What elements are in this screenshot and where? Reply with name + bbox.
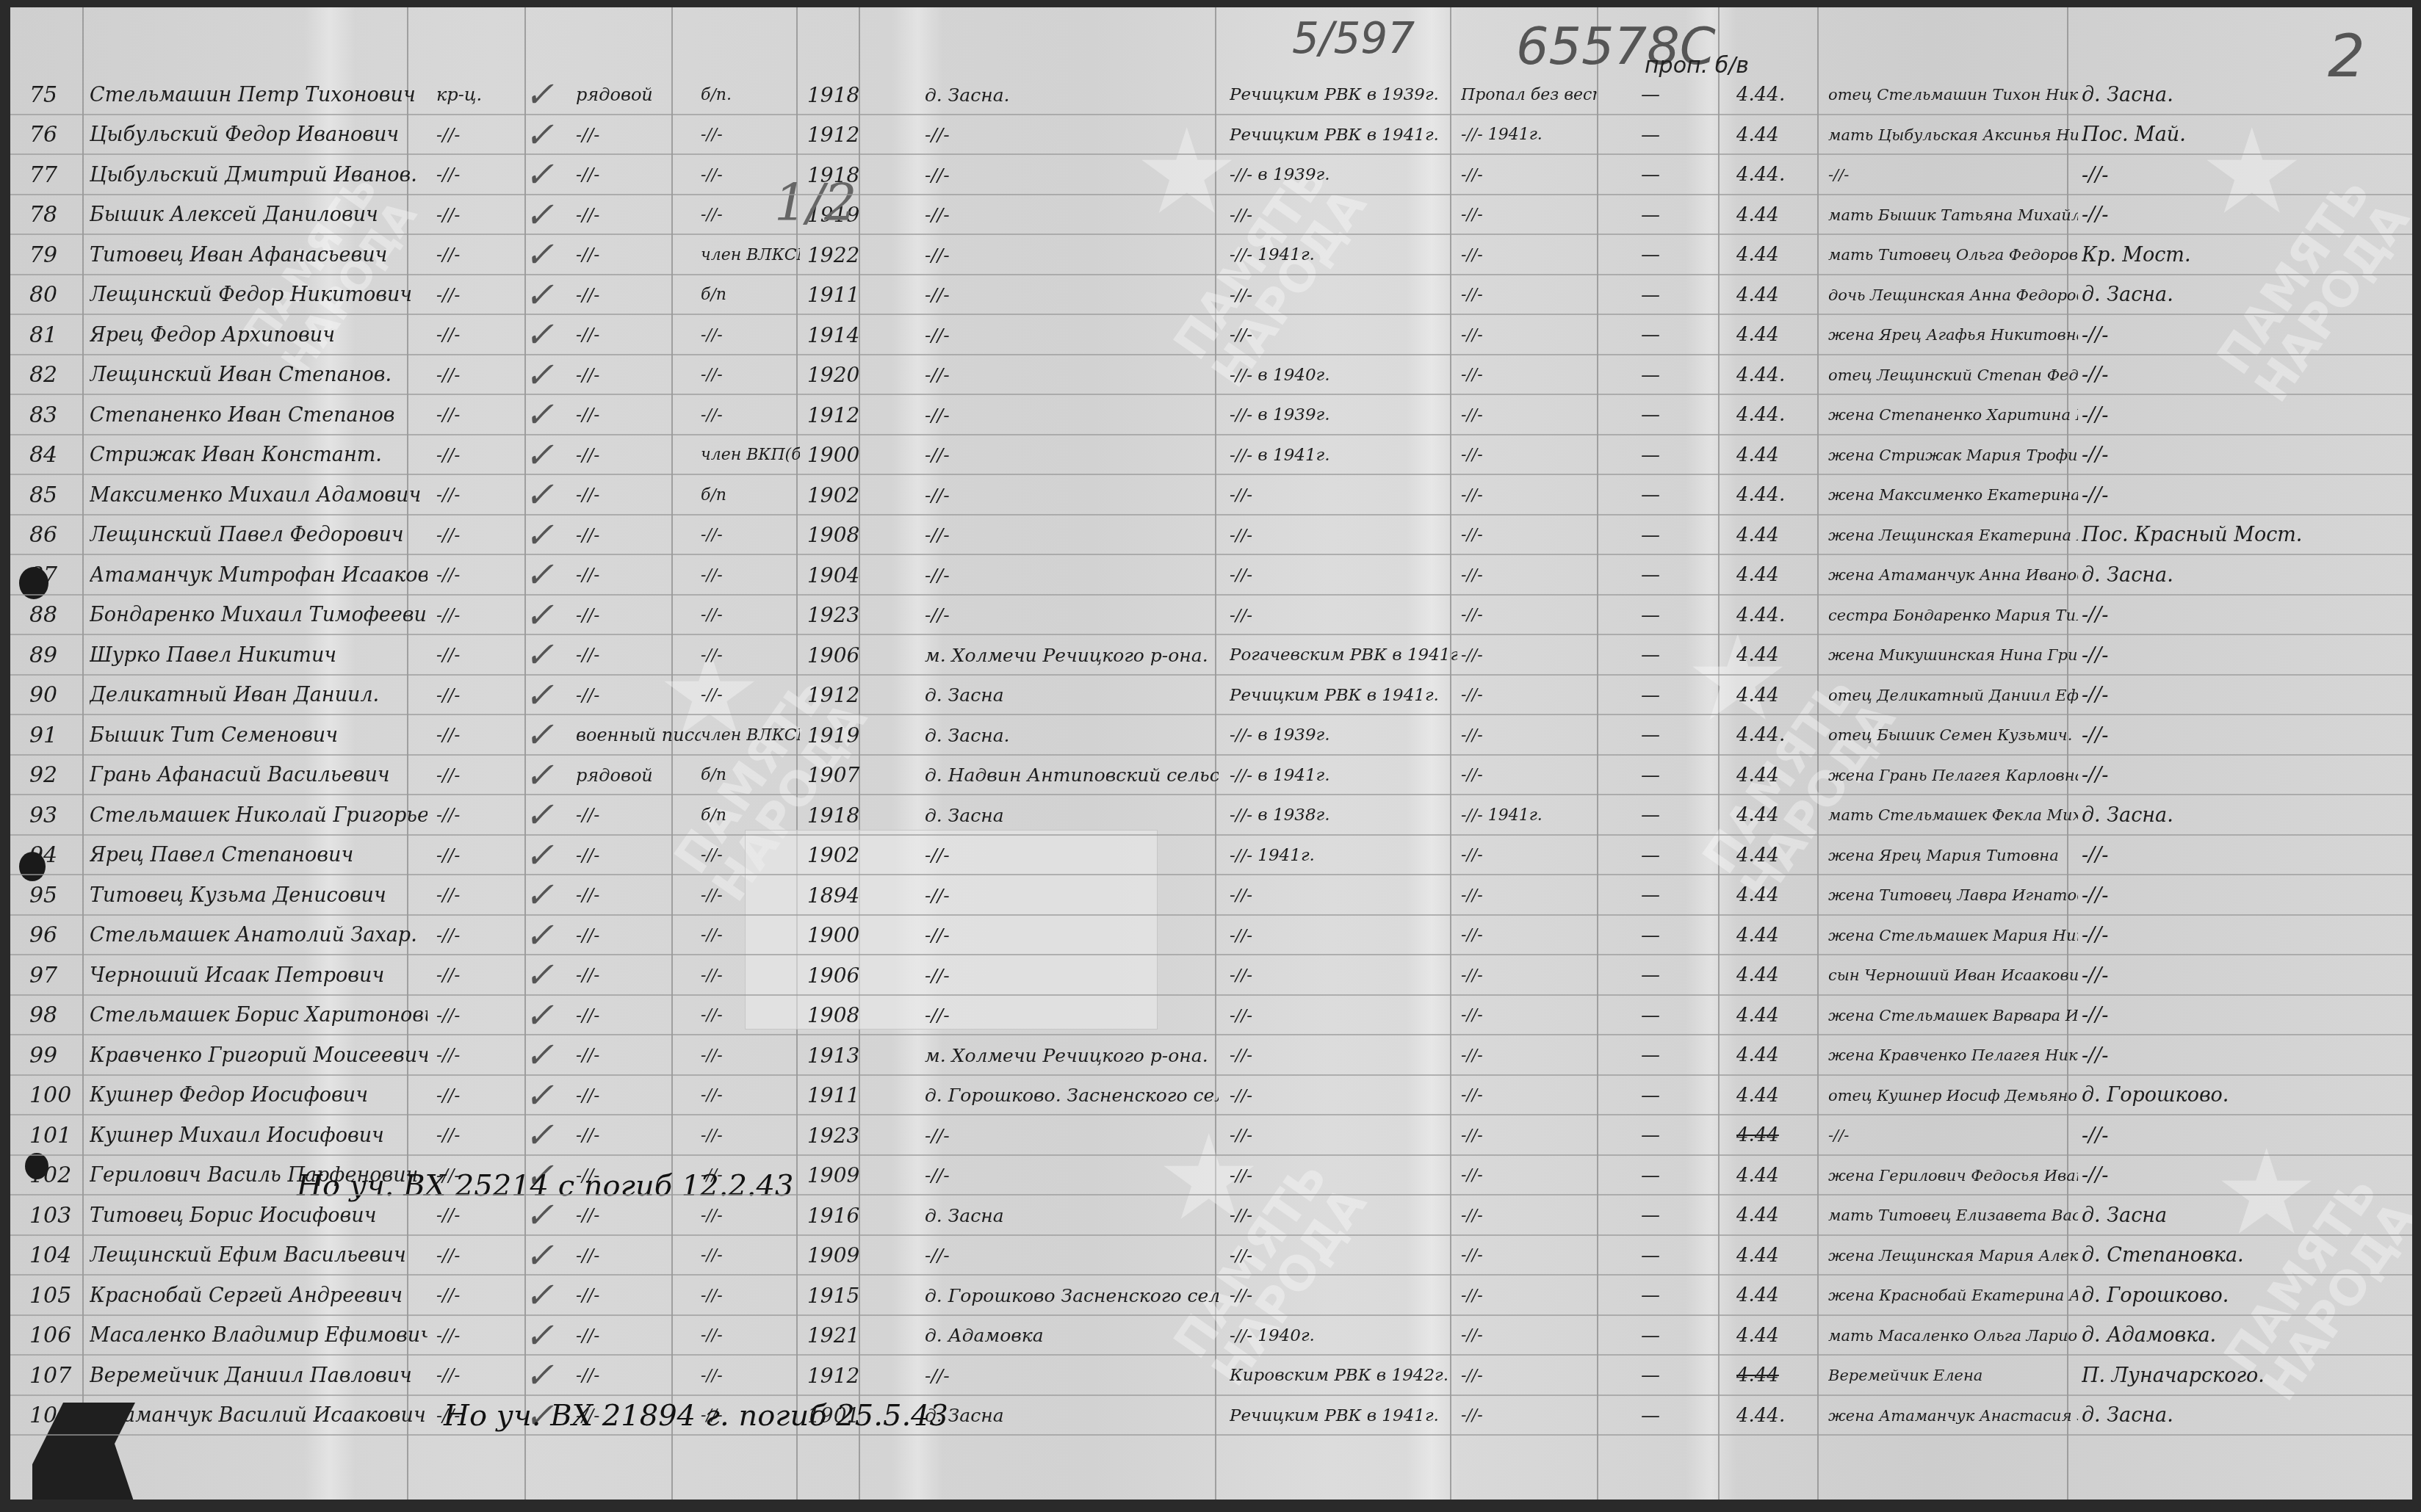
check-mark-icon: ✓ [510, 955, 569, 995]
annotation-row-107: Но уч. ВХ 21894 г. погиб 25.5.43 [444, 1399, 948, 1433]
family-member: жена Стельмашек Варвара Ивановна [1828, 996, 2078, 1035]
record-date: 4.44 [1736, 1356, 1817, 1395]
table-row: 99Кравченко Григорий Моисеевич-//-✓-//--… [10, 1035, 2412, 1075]
family-address: д. Засна. [2082, 75, 2405, 115]
family-address: -//- [2082, 1156, 2405, 1196]
row-number: 84 [29, 435, 95, 475]
soldier-name: Ярец Федор Архипович [90, 315, 427, 355]
drafted-by: -//- в 1941г. [1230, 756, 1457, 795]
drafted-by: -//- [1230, 596, 1457, 635]
blank-field: — [1641, 235, 1729, 275]
birthplace: д. Засна [925, 1196, 1219, 1235]
birth-year: 1906 [807, 955, 895, 995]
check-mark-icon: ✓ [510, 635, 569, 675]
check-mark-icon: ✓ [510, 875, 569, 915]
drafted-by: -//- [1230, 475, 1457, 515]
soldier-name: Стельмашин Петр Тихонович [90, 75, 427, 115]
birth-year: 1908 [807, 996, 895, 1035]
party-membership: -//- [701, 115, 800, 155]
row-rule [10, 714, 2412, 715]
check-mark-icon: ✓ [510, 795, 569, 835]
row-number: 100 [29, 1076, 95, 1115]
drafted-by: -//- [1230, 275, 1457, 315]
table-row: 85Максименко Михаил Адамович-//-✓-//-б/п… [10, 475, 2412, 515]
table-row: 83Степаненко Иван Степанов-//-✓-//--//-1… [10, 395, 2412, 435]
military-rank: -//- [576, 115, 701, 155]
family-address: д. Адамовка. [2082, 1316, 2405, 1356]
drafted-by: -//- в 1941г. [1230, 435, 1457, 475]
table-row: 89Шурко Павел Никитич-//-✓-//--//-1906м.… [10, 635, 2412, 675]
blank-field: — [1641, 1236, 1729, 1276]
row-rule [10, 794, 2412, 795]
fate: -//- [1461, 1276, 1597, 1315]
party-membership: -//- [701, 315, 800, 355]
birthplace: -//- [925, 1156, 1219, 1196]
record-date: 4.44. [1736, 395, 1817, 435]
family-member: жена Стрижак Мария Трофимовна. [1828, 435, 2078, 475]
record-date: 4.44 [1736, 195, 1817, 235]
family-address: Пос. Красный Мост. [2082, 516, 2405, 555]
family-member: жена Краснобай Екатерина Ананьевна [1828, 1276, 2078, 1315]
birthplace: д. Засна [925, 676, 1219, 715]
fate: -//- [1461, 516, 1597, 555]
blank-field: — [1641, 275, 1729, 315]
social-origin: -//- [436, 1076, 506, 1115]
party-membership: -//- [701, 836, 800, 875]
family-member: жена Ярец Агафья Никитовна [1828, 315, 2078, 355]
row-number: 101 [29, 1115, 95, 1155]
row-rule [10, 1434, 2412, 1436]
social-origin: -//- [436, 155, 506, 195]
birth-year: 1923 [807, 596, 895, 635]
family-address: д. Горошково. [2082, 1076, 2405, 1115]
check-mark-icon: ✓ [510, 355, 569, 395]
record-date: 4.44. [1736, 355, 1817, 395]
record-date: 4.44. [1736, 596, 1817, 635]
birth-year: 1916 [807, 1196, 895, 1235]
check-mark-icon: ✓ [510, 195, 569, 235]
social-origin: -//- [436, 1316, 506, 1356]
soldier-name: Атаманчук Василий Исаакович [90, 1396, 427, 1436]
military-rank: -//- [576, 596, 701, 635]
record-date: 4.44 [1736, 1076, 1817, 1115]
party-membership: -//- [701, 635, 800, 675]
record-date: 4.44 [1736, 555, 1817, 595]
family-address: д. Засна. [2082, 795, 2405, 835]
family-address: П. Луначарского. [2082, 1356, 2405, 1395]
check-mark-icon: ✓ [510, 475, 569, 515]
birth-year: 1920 [807, 355, 895, 395]
row-number: 96 [29, 916, 95, 955]
row-number: 95 [29, 875, 95, 915]
soldier-name: Шурко Павел Никитич [90, 635, 427, 675]
table-row: 96Стельмашек Анатолий Захар.-//-✓-//--//… [10, 916, 2412, 955]
family-address: -//- [2082, 635, 2405, 675]
row-number: 78 [29, 195, 95, 235]
table-row: 82Лещинский Иван Степанов.-//-✓-//--//-1… [10, 355, 2412, 395]
row-number: 92 [29, 756, 95, 795]
record-date: 4.44 [1736, 115, 1817, 155]
check-mark-icon: ✓ [510, 275, 569, 315]
table-row: 106Масаленко Владимир Ефимович-//-✓-//--… [10, 1316, 2412, 1356]
row-rule [10, 994, 2412, 996]
record-date: 4.44. [1736, 155, 1817, 195]
drafted-by: -//- 1940г. [1230, 1316, 1457, 1356]
check-mark-icon: ✓ [510, 235, 569, 275]
row-number: 98 [29, 996, 95, 1035]
military-rank: -//- [576, 1076, 701, 1115]
birth-year: 1914 [807, 315, 895, 355]
check-mark-icon: ✓ [510, 1356, 569, 1395]
blank-field: — [1641, 715, 1729, 755]
family-member: жена Ярец Мария Титовна [1828, 836, 2078, 875]
birthplace: м. Холмечи Речицкого р-она. [925, 1035, 1219, 1075]
fate: -//- [1461, 676, 1597, 715]
punch-hole [25, 1153, 48, 1179]
drafted-by: -//- [1230, 1076, 1457, 1115]
fate: -//- [1461, 1076, 1597, 1115]
family-member: отец Лещинский Степан Федорович [1828, 355, 2078, 395]
family-address: -//- [2082, 836, 2405, 875]
family-member: отец Кушнер Иосиф Демьянович. [1828, 1076, 2078, 1115]
social-origin: -//- [436, 996, 506, 1035]
social-origin: -//- [436, 195, 506, 235]
drafted-by: -//- [1230, 195, 1457, 235]
table-row: 93Стельмашек Николай Григорьевич-//-✓-//… [10, 795, 2412, 835]
record-date: 4.44 [1736, 996, 1817, 1035]
table-row: 95Титовец Кузьма Денисович-//-✓-//--//-1… [10, 875, 2412, 915]
social-origin: -//- [436, 275, 506, 315]
family-member: жена Лещинская Мария Алексеевна [1828, 1236, 2078, 1276]
fate: -//- [1461, 955, 1597, 995]
blank-field: — [1641, 795, 1729, 835]
record-date: 4.44 [1736, 275, 1817, 315]
birthplace: -//- [925, 1236, 1219, 1276]
soldier-name: Цыбульский Дмитрий Иванов. [90, 155, 427, 195]
fate: -//- [1461, 1236, 1597, 1276]
row-number: 80 [29, 275, 95, 315]
drafted-by: -//- [1230, 516, 1457, 555]
birthplace: -//- [925, 395, 1219, 435]
party-membership: б/п [701, 756, 800, 795]
row-number: 77 [29, 155, 95, 195]
birth-year: 1902 [807, 836, 895, 875]
party-membership: -//- [701, 1356, 800, 1395]
drafted-by: -//- в 1940г. [1230, 355, 1457, 395]
fate: -//- [1461, 596, 1597, 635]
social-origin: -//- [436, 475, 506, 515]
row-rule [10, 1274, 2412, 1276]
record-date: 4.44 [1736, 315, 1817, 355]
check-mark-icon: ✓ [510, 1276, 569, 1315]
record-date: 4.44 [1736, 235, 1817, 275]
birth-year: 1912 [807, 395, 895, 435]
family-address: -//- [2082, 475, 2405, 515]
table-row: 80Лещинский Федор Никитович-//-✓-//-б/п1… [10, 275, 2412, 315]
soldier-name: Ярец Павел Степанович [90, 836, 427, 875]
party-membership: -//- [701, 916, 800, 955]
social-origin: -//- [436, 1276, 506, 1315]
table-row: 107Веремейчик Даниил Павлович-//-✓-//--/… [10, 1356, 2412, 1395]
party-membership: -//- [701, 1115, 800, 1155]
military-rank: -//- [576, 355, 701, 395]
drafted-by: -//- 1941г. [1230, 235, 1457, 275]
table-row: 76Цыбульский Федор Иванович-//-✓-//--//-… [10, 115, 2412, 155]
social-origin: -//- [436, 355, 506, 395]
fate: -//- [1461, 1156, 1597, 1196]
check-mark-icon: ✓ [510, 155, 569, 195]
military-rank: -//- [576, 676, 701, 715]
family-member: сын Черноший Иван Исаакович. [1828, 955, 2078, 995]
party-membership: -//- [701, 1076, 800, 1115]
fate: -//- 1941г. [1461, 795, 1597, 835]
record-date: 4.44. [1736, 75, 1817, 115]
military-rank: -//- [576, 516, 701, 555]
check-mark-icon: ✓ [510, 115, 569, 155]
check-mark-icon: ✓ [510, 435, 569, 475]
soldier-name: Веремейчик Даниил Павлович [90, 1356, 427, 1395]
row-rule [10, 354, 2412, 355]
family-address: -//- [2082, 875, 2405, 915]
blank-field: — [1641, 75, 1729, 115]
military-rank: -//- [576, 275, 701, 315]
family-member: отец Бышик Семен Кузьмич. [1828, 715, 2078, 755]
family-member: жена Максименко Екатерина Алексеевна. [1828, 475, 2078, 515]
row-number: 97 [29, 955, 95, 995]
soldier-name: Максименко Михаил Адамович [90, 475, 427, 515]
birthplace: -//- [925, 875, 1219, 915]
row-number: 90 [29, 676, 95, 715]
soldier-name: Титовец Иван Афанасьевич [90, 235, 427, 275]
table-row: 88Бондаренко Михаил Тимофеевич-//-✓-//--… [10, 596, 2412, 635]
blank-field: — [1641, 1035, 1729, 1075]
family-member: жена Атаманчук Анастасия Захаровна [1828, 1396, 2078, 1436]
party-membership: член ВКП(б) [701, 435, 800, 475]
soldier-name: Бондаренко Михаил Тимофеевич [90, 596, 427, 635]
record-date: 4.44 [1736, 635, 1817, 675]
party-membership: -//- [701, 676, 800, 715]
table-row: 97Черноший Исаак Петрович-//-✓-//--//-19… [10, 955, 2412, 995]
party-membership: член ВЛКСМ [701, 235, 800, 275]
family-address: д. Засна. [2082, 1396, 2405, 1436]
row-rule [10, 394, 2412, 395]
drafted-by: -//- в 1939г. [1230, 155, 1457, 195]
table-row: 86Лещинский Павел Федорович-//-✓-//--//-… [10, 516, 2412, 555]
birthplace: -//- [925, 955, 1219, 995]
soldier-name: Деликатный Иван Даниил. [90, 676, 427, 715]
family-address: -//- [2082, 916, 2405, 955]
military-rank: -//- [576, 555, 701, 595]
fate: -//- [1461, 1035, 1597, 1075]
party-membership: б/п [701, 475, 800, 515]
row-number: 91 [29, 715, 95, 755]
family-address: д. Засна [2082, 1196, 2405, 1235]
party-membership: -//- [701, 395, 800, 435]
social-origin: -//- [436, 875, 506, 915]
table-row: 81Ярец Федор Архипович-//-✓-//--//-1914-… [10, 315, 2412, 355]
family-member: отец Стельмашин Тихон Николаевич [1828, 75, 2078, 115]
row-number: 106 [29, 1316, 95, 1356]
family-member: Веремейчик Елена [1828, 1356, 2078, 1395]
row-number: 86 [29, 516, 95, 555]
family-address: -//- [2082, 1035, 2405, 1075]
birth-year: 1904 [807, 555, 895, 595]
birthplace: -//- [925, 435, 1219, 475]
fate: Пропал без вести в 1941г. [1461, 75, 1597, 115]
social-origin: -//- [436, 315, 506, 355]
family-address: -//- [2082, 155, 2405, 195]
fate: -//- [1461, 1356, 1597, 1395]
drafted-by: Речицким РВК в 1941г. [1230, 1396, 1457, 1436]
table-row: 77Цыбульский Дмитрий Иванов.-//-✓-//--//… [10, 155, 2412, 195]
family-address: -//- [2082, 996, 2405, 1035]
row-rule [10, 834, 2412, 836]
birthplace: -//- [925, 836, 1219, 875]
fate: -//- [1461, 996, 1597, 1035]
family-member: мать Стельмашек Фекла Михайловна. [1828, 795, 2078, 835]
party-membership: -//- [701, 996, 800, 1035]
birthplace: -//- [925, 1115, 1219, 1155]
soldier-name: Черноший Исаак Петрович [90, 955, 427, 995]
family-address: д. Засна. [2082, 555, 2405, 595]
table-row: 101Кушнер Михаил Иосифович-//-✓-//--//-1… [10, 1115, 2412, 1155]
military-rank: -//- [576, 475, 701, 515]
soldier-name: Стрижак Иван Констант. [90, 435, 427, 475]
family-address: д. Горошково. [2082, 1276, 2405, 1315]
check-mark-icon: ✓ [510, 315, 569, 355]
row-number: 76 [29, 115, 95, 155]
soldier-name: Лещинский Иван Степанов. [90, 355, 427, 395]
check-mark-icon: ✓ [510, 1236, 569, 1276]
party-membership: -//- [701, 1276, 800, 1315]
military-rank: рядовой [576, 756, 701, 795]
family-member: жена Лещинская Екатерина Кирилловна [1828, 516, 2078, 555]
drafted-by: -//- [1230, 1236, 1457, 1276]
military-rank: -//- [576, 635, 701, 675]
fate: -//- [1461, 1396, 1597, 1436]
blank-field: — [1641, 195, 1729, 235]
row-rule [10, 194, 2412, 195]
soldier-name: Краснобай Сергей Андреевич [90, 1276, 427, 1315]
row-rule [10, 914, 2412, 916]
row-number: 82 [29, 355, 95, 395]
soldier-name: Цыбульский Федор Иванович [90, 115, 427, 155]
blank-field: — [1641, 1316, 1729, 1356]
blank-field: — [1641, 875, 1729, 915]
social-origin: -//- [436, 115, 506, 155]
birth-year: 1911 [807, 1076, 895, 1115]
military-rank: -//- [576, 795, 701, 835]
birthplace: м. Холмечи Речицкого р-она. [925, 635, 1219, 675]
military-rank: -//- [576, 1236, 701, 1276]
blank-field: — [1641, 516, 1729, 555]
record-date: 4.44. [1736, 1396, 1817, 1436]
party-membership: -//- [701, 875, 800, 915]
row-number: 85 [29, 475, 95, 515]
birth-year: 1909 [807, 1236, 895, 1276]
drafted-by: -//- в 1939г. [1230, 715, 1457, 755]
blank-field: — [1641, 1156, 1729, 1196]
birth-year: 1912 [807, 115, 895, 155]
row-rule [10, 114, 2412, 115]
military-rank: рядовой [576, 75, 701, 115]
soldier-name: Кушнер Федор Иосифович [90, 1076, 427, 1115]
birth-year: 1894 [807, 875, 895, 915]
blank-field: — [1641, 1276, 1729, 1315]
family-member: жена Титовец Лавра Игнатовна. [1828, 875, 2078, 915]
record-date: 4.44 [1736, 1035, 1817, 1075]
row-rule [10, 954, 2412, 955]
family-member: -//- [1828, 155, 2078, 195]
table-row: 84Стрижак Иван Констант.-//-✓-//-член ВК… [10, 435, 2412, 475]
military-rank: -//- [576, 155, 701, 195]
record-date: 4.44 [1736, 875, 1817, 915]
birthplace: д. Засна. [925, 75, 1219, 115]
document-sheet: 5/597 65578С проп. б/в 2 ★ ПАМЯТЬНАРОДА … [10, 7, 2412, 1500]
birth-year: 1913 [807, 1035, 895, 1075]
family-member: -//- [1828, 1115, 2078, 1155]
birth-year: 1911 [807, 275, 895, 315]
check-mark-icon: ✓ [510, 1076, 569, 1115]
drafted-by: -//- [1230, 315, 1457, 355]
social-origin: -//- [436, 836, 506, 875]
record-date: 4.44 [1736, 1196, 1817, 1235]
row-rule [10, 754, 2412, 756]
birthplace: д. Горошково. Засненского сельсовета [925, 1076, 1219, 1115]
party-membership: -//- [701, 1236, 800, 1276]
check-mark-icon: ✓ [510, 75, 569, 115]
soldier-name: Стельмашек Борис Харитонович [90, 996, 427, 1035]
military-rank: -//- [576, 315, 701, 355]
check-mark-icon: ✓ [510, 555, 569, 595]
birthplace: -//- [925, 235, 1219, 275]
social-origin: -//- [436, 596, 506, 635]
military-rank: -//- [576, 1035, 701, 1075]
birth-year: 1909 [807, 1156, 895, 1196]
birthplace: -//- [925, 315, 1219, 355]
social-origin: -//- [436, 1115, 506, 1155]
fate: -//- [1461, 275, 1597, 315]
family-address: -//- [2082, 955, 2405, 995]
table-row: 104Лещинский Ефим Васильевич-//-✓-//--//… [10, 1236, 2412, 1276]
row-number: 75 [29, 75, 95, 115]
military-rank: -//- [576, 435, 701, 475]
record-date: 4.44 [1736, 795, 1817, 835]
family-member: жена Степаненко Харитина Карповна. [1828, 395, 2078, 435]
birth-year: 1906 [807, 635, 895, 675]
blank-field: — [1641, 756, 1729, 795]
fate: -//- [1461, 635, 1597, 675]
row-rule [10, 1234, 2412, 1236]
family-address: -//- [2082, 195, 2405, 235]
birthplace: д. Засна. [925, 715, 1219, 755]
family-address: -//- [2082, 596, 2405, 635]
record-date: 4.44. [1736, 475, 1817, 515]
punch-hole [19, 852, 46, 881]
party-membership: -//- [701, 1316, 800, 1356]
check-mark-icon: ✓ [510, 395, 569, 435]
family-member: мать Титовец Ольга Федоровна. [1828, 235, 2078, 275]
record-date: 4.44. [1736, 715, 1817, 755]
drafted-by: -//- в 1938г. [1230, 795, 1457, 835]
row-rule [10, 434, 2412, 435]
family-address: -//- [2082, 315, 2405, 355]
birth-year: 1902 [807, 475, 895, 515]
row-rule [10, 874, 2412, 875]
birthplace: -//- [925, 195, 1219, 235]
blank-field: — [1641, 355, 1729, 395]
table-row: 87Атаманчук Митрофан Исаакович-//-✓-//--… [10, 555, 2412, 595]
